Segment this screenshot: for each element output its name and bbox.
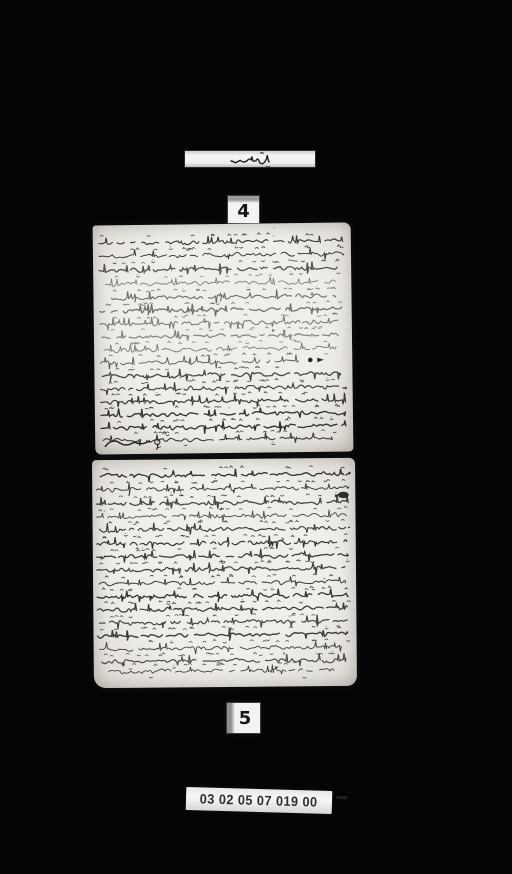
page-number-card-5: 5 <box>226 702 261 734</box>
manuscript-page-lower <box>92 458 357 688</box>
catalog-number-text: 03 02 05 07 019 00 <box>200 791 318 809</box>
page-number-4-text: 4 <box>237 201 250 222</box>
handwriting-lower-page <box>92 458 357 688</box>
page-number-5-text: 5 <box>239 708 252 729</box>
bundle-title-label <box>184 150 316 168</box>
manuscript-photo-stage: 4 5 03 02 05 07 019 00 <box>0 0 512 874</box>
page-number-card-4: 4 <box>227 195 260 224</box>
faint-mark <box>336 796 347 799</box>
manuscript-page-upper <box>93 222 354 454</box>
handwriting-upper-page <box>93 222 354 454</box>
catalog-number-label: 03 02 05 07 019 00 <box>186 787 333 814</box>
handwritten-title-ink <box>185 151 315 167</box>
